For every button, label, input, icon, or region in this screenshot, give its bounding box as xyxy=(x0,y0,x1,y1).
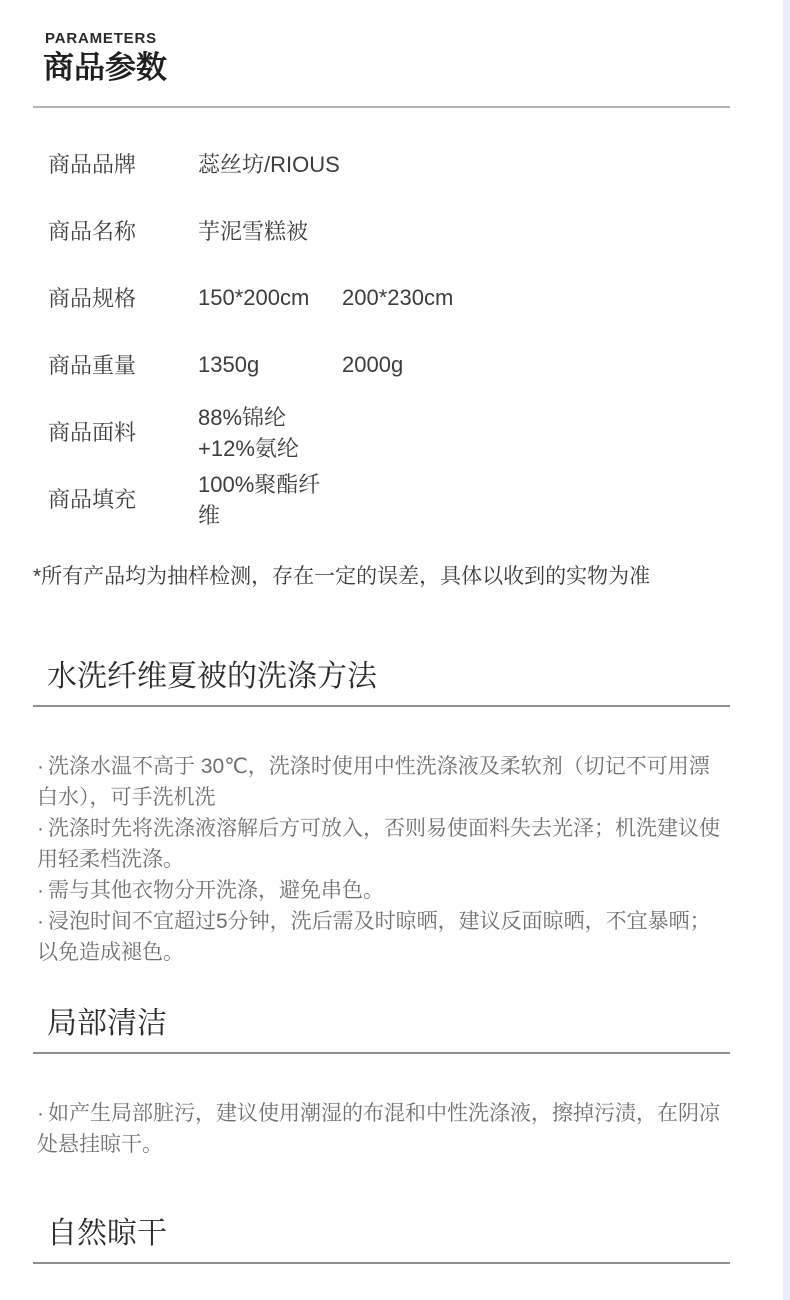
param-value: 100%聚酯纤维 xyxy=(198,468,342,530)
param-value: 蕊丝坊/RIOUS xyxy=(198,148,342,179)
spot-cleaning-section: 局部清洁 ·如产生局部脏污，建议使用潮湿的布混和中性洗涤液，擦掉污渍，在阴凉处悬… xyxy=(33,1004,730,1160)
section-divider xyxy=(33,1262,730,1264)
section-title: 局部清洁 xyxy=(47,1004,730,1044)
list-item: ·洗涤时先将洗涤液溶解后方可放入，否则易使面料失去光泽；机洗建议使用轻柔档洗涤。 xyxy=(33,813,730,875)
washing-method-section: 水洗纤维夏被的洗涤方法 ·洗涤水温不高于 30℃，洗涤时使用中性洗涤液及柔软剂（… xyxy=(33,657,730,968)
table-row: 商品填充 100%聚酯纤维 xyxy=(48,465,730,532)
param-value: 2000g xyxy=(342,352,730,378)
list-item-text: 需与其他衣物分开洗涤，避免串色。 xyxy=(48,879,384,902)
right-edge-strip xyxy=(783,0,790,1300)
table-row: 商品重量 1350g 2000g xyxy=(48,331,730,398)
param-label: 商品填充 xyxy=(48,483,198,514)
bullet-dot: · xyxy=(37,879,48,902)
list-item-text: 洗涤时先将洗涤液溶解后方可放入，否则易使面料失去光泽；机洗建议使用轻柔档洗涤。 xyxy=(37,817,720,871)
list-item-text: 浸泡时间不宜超过5分钟，洗后需及时晾晒，建议反面晾晒，不宜暴晒；以免造成褪色。 xyxy=(37,910,711,964)
list-item: ·洗涤水温不高于 30℃，洗涤时使用中性洗涤液及柔软剂（切记不可用漂白水），可手… xyxy=(33,751,730,813)
param-label: 商品名称 xyxy=(48,215,198,246)
washing-instructions-list: ·洗涤水温不高于 30℃，洗涤时使用中性洗涤液及柔软剂（切记不可用漂白水），可手… xyxy=(33,751,730,968)
bullet-dot: · xyxy=(37,910,48,933)
param-value: 200*230cm xyxy=(342,285,730,311)
section-title: 水洗纤维夏被的洗涤方法 xyxy=(47,657,730,697)
list-item-text: 洗涤水温不高于 30℃，洗涤时使用中性洗涤液及柔软剂（切记不可用漂白水），可手洗… xyxy=(37,755,710,809)
table-row: 商品规格 150*200cm 200*230cm xyxy=(48,264,730,331)
table-row: 商品品牌 蕊丝坊/RIOUS xyxy=(48,130,730,197)
spot-cleaning-list: ·如产生局部脏污，建议使用潮湿的布混和中性洗涤液，擦掉污渍，在阴凉处悬挂晾干。 xyxy=(33,1098,730,1160)
table-row: 商品面料 88%锦纶+12%氨纶 xyxy=(48,398,730,465)
sampling-disclaimer-note: *所有产品均为抽样检测，存在一定的误差，具体以收到的实物为准 xyxy=(33,564,730,590)
list-item: ·浸泡时间不宜超过5分钟，洗后需及时晾晒，建议反面晾晒，不宜暴晒；以免造成褪色。 xyxy=(33,906,730,968)
bullet-dot: · xyxy=(37,817,48,840)
param-label: 商品面料 xyxy=(48,416,198,447)
param-value: 1350g xyxy=(198,352,342,378)
section-divider xyxy=(33,1052,730,1054)
header-divider xyxy=(33,106,730,108)
air-dry-section: 自然晾干 xyxy=(33,1214,730,1264)
page-title: 商品参数 xyxy=(43,50,730,86)
list-item: ·需与其他衣物分开洗涤，避免串色。 xyxy=(33,875,730,906)
param-value: 150*200cm xyxy=(198,285,342,311)
bullet-dot: · xyxy=(37,755,48,778)
table-row: 商品名称 芋泥雪糕被 xyxy=(48,197,730,264)
param-label: 商品重量 xyxy=(48,349,198,380)
section-title: 自然晾干 xyxy=(47,1214,730,1254)
section-divider xyxy=(33,705,730,707)
list-item-text: 如产生局部脏污，建议使用潮湿的布混和中性洗涤液，擦掉污渍，在阴凉处悬挂晾干。 xyxy=(37,1102,720,1156)
section-eyebrow-label: PARAMETERS xyxy=(45,30,730,48)
bullet-dot: · xyxy=(37,1102,48,1125)
param-value: 88%锦纶+12%氨纶 xyxy=(198,401,342,463)
list-item: ·如产生局部脏污，建议使用潮湿的布混和中性洗涤液，擦掉污渍，在阴凉处悬挂晾干。 xyxy=(33,1098,730,1160)
param-label: 商品规格 xyxy=(48,282,198,313)
param-value: 芋泥雪糕被 xyxy=(198,215,342,246)
content-column: PARAMETERS 商品参数 商品品牌 蕊丝坊/RIOUS 商品名称 芋泥雪糕… xyxy=(33,0,730,1264)
product-params-table: 商品品牌 蕊丝坊/RIOUS 商品名称 芋泥雪糕被 商品规格 150*200cm… xyxy=(48,130,730,532)
product-parameters-page: PARAMETERS 商品参数 商品品牌 蕊丝坊/RIOUS 商品名称 芋泥雪糕… xyxy=(0,0,790,1300)
param-label: 商品品牌 xyxy=(48,148,198,179)
